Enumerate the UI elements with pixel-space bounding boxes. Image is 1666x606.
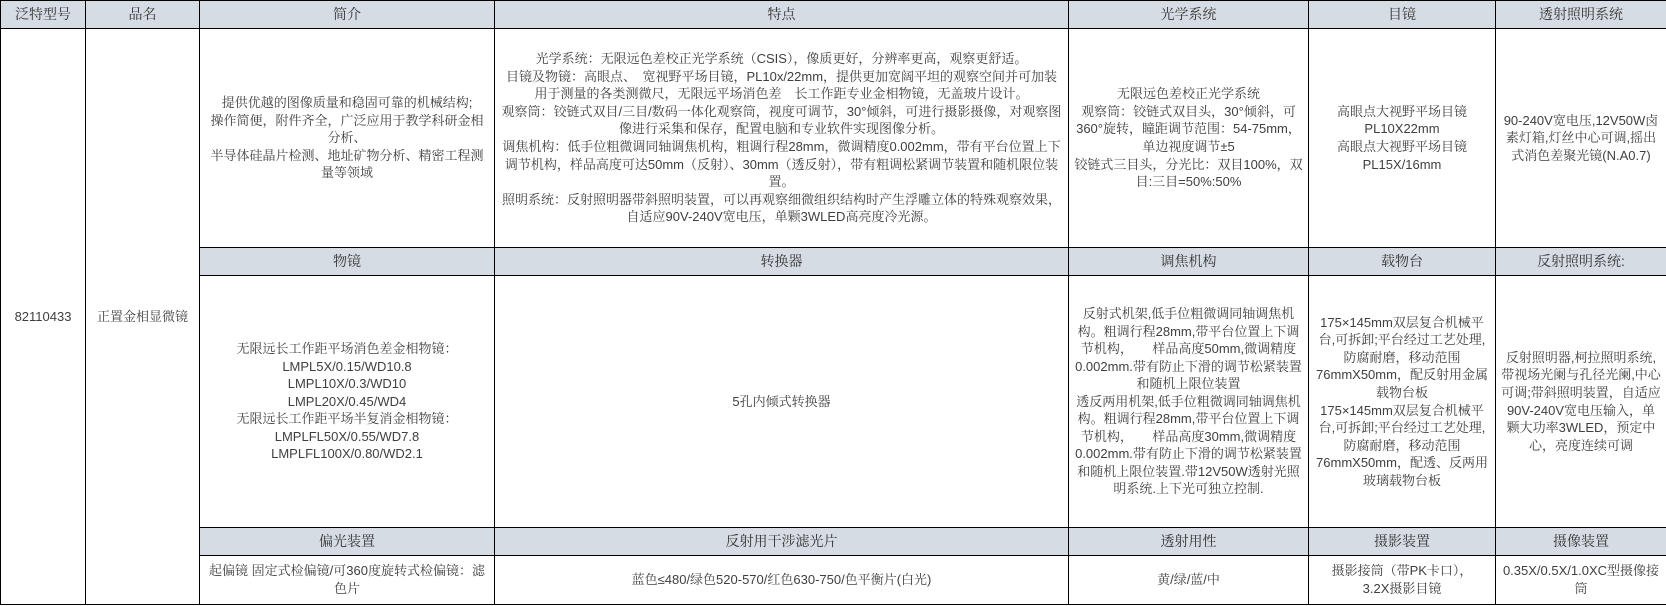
cell-focusing: 反射式机架,低手位粗微调同轴调焦机构。粗调行程28mm,带平台位置上下调节机构，… [1069,276,1309,528]
cell-camera: 0.35X/0.5X/1.0XC型摄像接筒 [1496,556,1666,605]
cell-eyepiece: 高眼点大视野平场目镜 PL10X22mm 高眼点大视野平场目镜 PL15X/16… [1309,29,1496,248]
header-interference-filter: 反射用干涉滤光片 [495,528,1069,556]
header-row-3: 偏光装置 反射用干涉滤光片 透射用性 摄影装置 摄像装置 [1,528,1666,556]
header-stage: 载物台 [1309,248,1496,276]
spec-row-2: 无限远长工作距平场消色差金相物镜： LMPL5X/0.15/WD10.8 LMP… [1,276,1666,528]
cell-interference-filter: 蓝色≤480/绿色520-570/红色630-750/色平衡片(白光) [495,556,1069,605]
header-transmitted-illumination: 透射照明系统 [1496,1,1666,29]
cell-polarizer: 起偏镜 固定式检偏镜/可360度旋转式检偏镜：滤色片 [200,556,495,605]
header-model: 泛特型号 [1,1,86,29]
cell-stage: 175×145mm双层复合机械平台,可拆卸;平台经过工艺处理,防腐耐磨，移动范围… [1309,276,1496,528]
header-objective: 物镜 [200,248,495,276]
header-optical-system: 光学系统 [1069,1,1309,29]
header-features: 特点 [495,1,1069,29]
cell-features: 光学系统：无限远色差校正光学系统（CSIS），像质更好，分辨率更高，观察更舒适。… [495,29,1069,248]
header-polarizer: 偏光装置 [200,528,495,556]
cell-optical-system: 无限远色差校正光学系统 观察筒：铰链式双目头，30°倾斜，可360°旋转，瞳距调… [1069,29,1309,248]
header-photography: 摄影装置 [1309,528,1496,556]
spec-row-3: 起偏镜 固定式检偏镜/可360度旋转式检偏镜：滤色片 蓝色≤480/绿色520-… [1,556,1666,605]
spec-row-1: 82110433 正置金相显微镜 提供优越的图像质量和稳固可靠的机械结构; 操作… [1,29,1666,248]
header-intro: 简介 [200,1,495,29]
header-row-1: 泛特型号 品名 简介 特点 光学系统 目镜 透射照明系统 [1,1,1666,29]
header-focusing: 调焦机构 [1069,248,1309,276]
cell-objective: 无限远长工作距平场消色差金相物镜： LMPL5X/0.15/WD10.8 LMP… [200,276,495,528]
header-reflected-illumination: 反射照明系统: [1496,248,1666,276]
header-nosepiece: 转换器 [495,248,1069,276]
cell-transmitted-illumination: 90-240V宽电压,12V50W卤素灯箱,灯丝中心可调,摇出式消色差聚光镜(N… [1496,29,1666,248]
header-eyepiece: 目镜 [1309,1,1496,29]
cell-intro: 提供优越的图像质量和稳固可靠的机械结构; 操作简便，附件齐全，广泛应用于教学科研… [200,29,495,248]
cell-model-number: 82110433 [1,29,86,605]
cell-photography: 摄影接筒（带PK卡口）， 3.2X摄影目镜 [1309,556,1496,605]
cell-reflected-illumination: 反射照明器,柯拉照明系统,带视场光阑与孔径光阑,中心可调;带斜照明装置，自适应9… [1496,276,1666,528]
cell-product-name: 正置金相显微镜 [86,29,200,605]
header-transmitted-use: 透射用性 [1069,528,1309,556]
product-spec-sheet: 泛特型号 品名 简介 特点 光学系统 目镜 透射照明系统 82110433 正置… [0,0,1666,605]
spec-table: 泛特型号 品名 简介 特点 光学系统 目镜 透射照明系统 82110433 正置… [0,0,1666,605]
cell-nosepiece: 5孔内倾式转换器 [495,276,1069,528]
header-camera: 摄像装置 [1496,528,1666,556]
header-row-2: 物镜 转换器 调焦机构 载物台 反射照明系统: [1,248,1666,276]
header-product-name: 品名 [86,1,200,29]
cell-transmitted-use: 黄/绿/蓝/中 [1069,556,1309,605]
